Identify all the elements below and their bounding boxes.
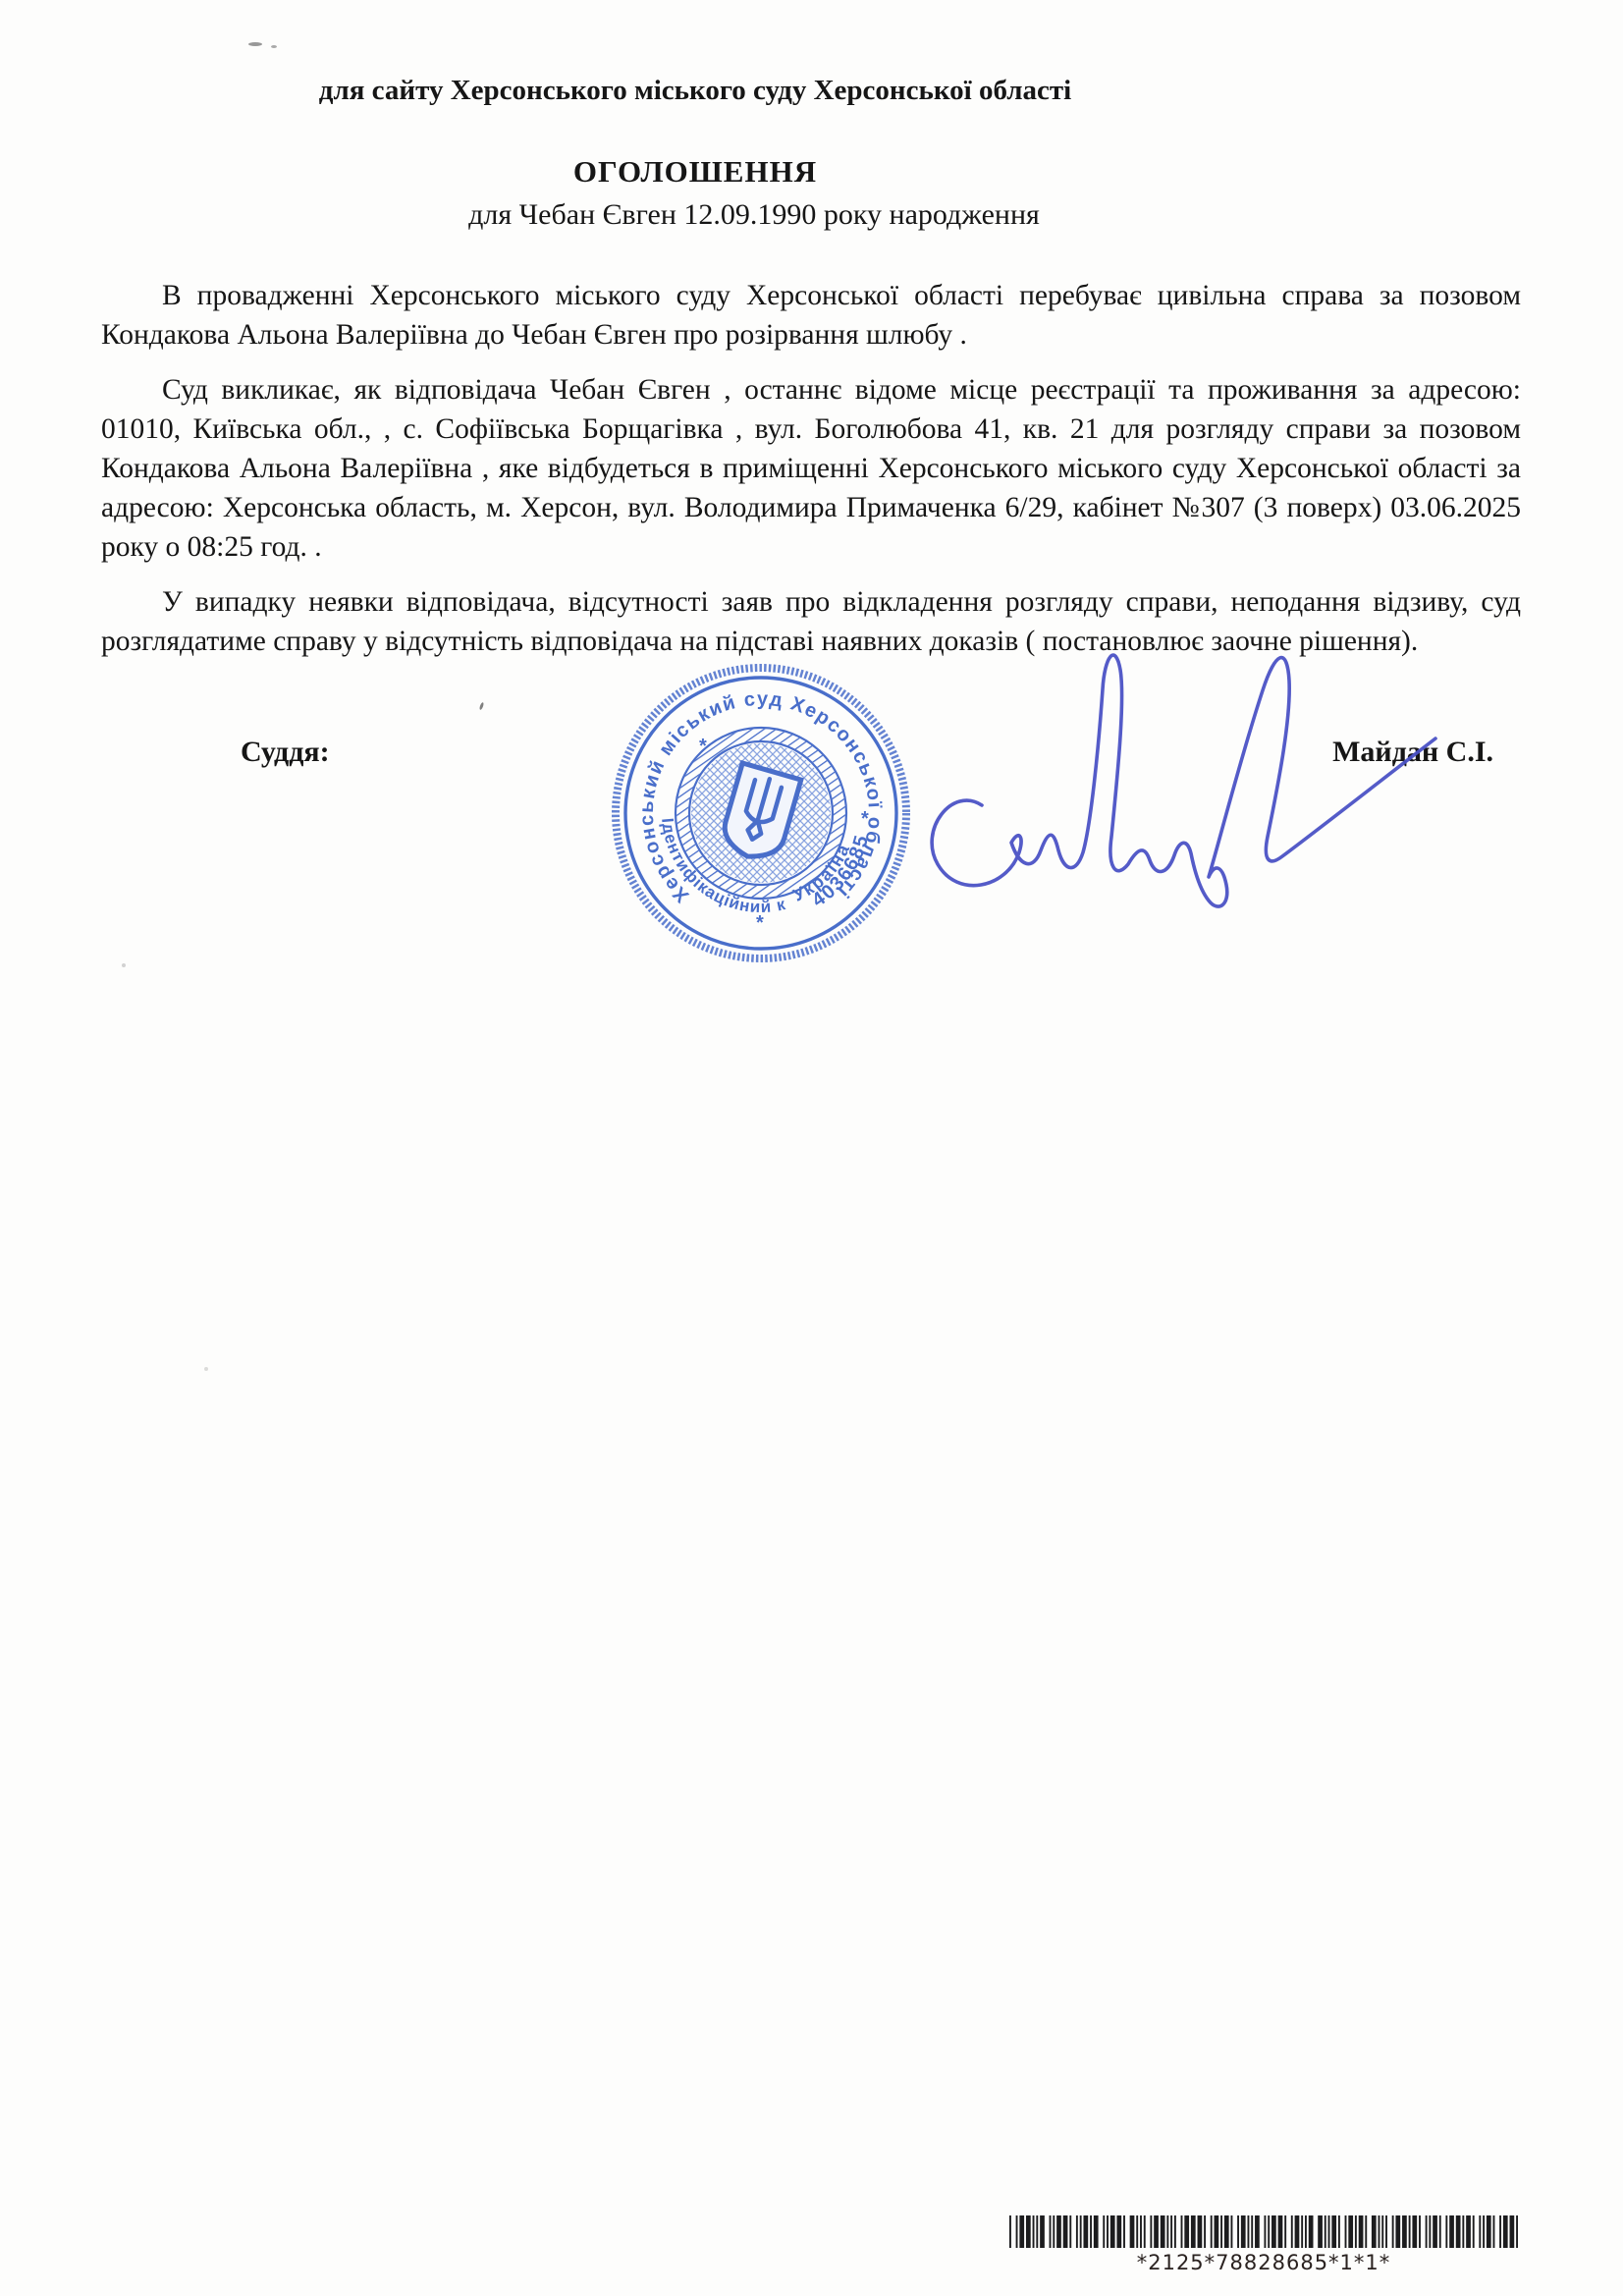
scan-speck [271, 45, 277, 48]
barcode-bar [1040, 2215, 1045, 2248]
barcode-bar [1150, 2215, 1152, 2248]
barcode-bar [1439, 2215, 1441, 2248]
barcode-bar [1181, 2215, 1183, 2248]
barcode-bar [1019, 2215, 1024, 2248]
barcode-bar [1328, 2215, 1330, 2248]
barcode-bar [1487, 2215, 1491, 2248]
barcode-bar [1402, 2215, 1407, 2248]
barcode-bar [1433, 2215, 1437, 2248]
paragraph-case-info: В провадженні Херсонського міського суду… [101, 276, 1521, 355]
barcode-bar [1466, 2215, 1471, 2248]
barcode-bar [1365, 2215, 1367, 2248]
barcode-bar [1503, 2215, 1508, 2248]
scanned-court-document: для сайту Херсонського міського суду Хер… [0, 0, 1623, 2296]
barcode-bar [1445, 2215, 1447, 2248]
barcode-bar [1130, 2215, 1135, 2248]
barcode-bar [1493, 2215, 1495, 2248]
barcode-bar [1392, 2215, 1394, 2248]
barcode-bar [1264, 2215, 1266, 2248]
barcode-bar [1036, 2215, 1038, 2248]
barcode-bar [1309, 2215, 1314, 2248]
barcode-bar [1355, 2215, 1357, 2248]
barcode-bar [1395, 2215, 1400, 2248]
barcode-bar [1140, 2215, 1142, 2248]
barcode-bar [1345, 2215, 1347, 2248]
barcode-bar [1479, 2215, 1481, 2248]
barcode-bar [1033, 2215, 1035, 2248]
barcode-bar [1348, 2215, 1353, 2248]
barcode-bar [1483, 2215, 1485, 2248]
barcode-bar [1123, 2215, 1125, 2248]
paragraph-summons: Суд викликає, як відповідача Чебан Євген… [101, 370, 1521, 567]
barcode-bar [1359, 2215, 1364, 2248]
barcode-bar [1385, 2215, 1387, 2248]
barcode-bar [1381, 2215, 1383, 2248]
barcode-bar [1241, 2215, 1246, 2248]
barcode-bar [1110, 2215, 1115, 2248]
barcode-bar [1291, 2215, 1293, 2248]
document-subtitle: для Чебан Євген 12.09.1990 року народжен… [101, 196, 1407, 234]
barcode-bar [1184, 2215, 1189, 2248]
page-title: ОГОЛОШЕННЯ [101, 153, 1289, 191]
barcode-bar [1144, 2215, 1146, 2248]
barcode-bar [1016, 2215, 1018, 2248]
barcode-bar [1331, 2215, 1336, 2248]
barcode-svg [1009, 2215, 1518, 2248]
scan-speck [479, 702, 485, 711]
barcode-bar [1166, 2215, 1168, 2248]
barcode-bar [1009, 2215, 1011, 2248]
barcode-bar [1510, 2215, 1515, 2248]
barcode-bar [1284, 2215, 1286, 2248]
barcode-bar [1268, 2215, 1270, 2248]
barcode-bar [1076, 2215, 1078, 2248]
barcode-bar [1338, 2215, 1340, 2248]
scan-speck [248, 42, 262, 46]
judge-label: Суддя: [241, 733, 330, 772]
barcode-bar [1499, 2215, 1501, 2248]
barcode-bar [1080, 2215, 1082, 2248]
barcode-bar [1426, 2215, 1428, 2248]
barcode-bar [1372, 2215, 1377, 2248]
barcode-bar [1026, 2215, 1031, 2248]
barcode-bar [1251, 2215, 1253, 2248]
barcode-bar [1278, 2215, 1283, 2248]
barcode-bar [1247, 2215, 1249, 2248]
document-header: для сайту Херсонського міського суду Хер… [101, 73, 1289, 108]
barcode-bar [1170, 2215, 1172, 2248]
barcode-text: *2125*78828685*1*1* [1009, 2251, 1518, 2274]
barcode-bar [1516, 2215, 1518, 2248]
barcode-bar [1412, 2215, 1417, 2248]
barcode-bar [1103, 2215, 1105, 2248]
barcode-bar [1215, 2215, 1219, 2248]
barcode-bar [1456, 2215, 1461, 2248]
barcode-bar [1204, 2215, 1206, 2248]
barcode-bar [1231, 2215, 1233, 2248]
barcode-bar [1090, 2215, 1092, 2248]
barcode-bar [1473, 2215, 1475, 2248]
scan-speck [204, 1367, 208, 1371]
court-seal-stamp: Херсонський міський суд Херсонської обла… [604, 656, 918, 970]
barcode-bar [1449, 2215, 1454, 2248]
document-body: В провадженні Херсонського міського суду… [101, 276, 1521, 677]
seal-star-separator-right: * [861, 808, 869, 830]
barcode-bar [1069, 2215, 1071, 2248]
barcode-bar [1050, 2215, 1052, 2248]
barcode-block: *2125*78828685*1*1* [1009, 2215, 1518, 2274]
barcode-bar [1409, 2215, 1411, 2248]
barcode-bar [1237, 2215, 1239, 2248]
seal-star-separator-bottom: * [756, 912, 764, 934]
barcode-bar [1191, 2215, 1196, 2248]
barcode-bar [1063, 2215, 1068, 2248]
barcode-bar [1325, 2215, 1326, 2248]
barcode-bar [1116, 2215, 1121, 2248]
seal-star-separator-top: * [699, 736, 707, 757]
barcode-bar [1136, 2215, 1138, 2248]
barcode-bar [1271, 2215, 1276, 2248]
barcode-bar [1295, 2215, 1300, 2248]
barcode-bar [1154, 2215, 1159, 2248]
barcode-bar [1318, 2215, 1323, 2248]
scan-speck [122, 963, 126, 967]
barcode-bar [1083, 2215, 1088, 2248]
barcode-bar [1220, 2215, 1222, 2248]
barcode-bar [1053, 2215, 1055, 2248]
judge-signature [913, 619, 1463, 943]
barcode-bar [1419, 2215, 1421, 2248]
barcode-bar [1462, 2215, 1464, 2248]
barcode-bar [1301, 2215, 1303, 2248]
barcode-bar [1429, 2215, 1431, 2248]
barcode-bar [1094, 2215, 1099, 2248]
barcode-bar [1255, 2215, 1260, 2248]
barcode-bar [1107, 2215, 1109, 2248]
barcode-bar [1198, 2215, 1203, 2248]
barcode-bar [1161, 2215, 1165, 2248]
barcode-bar [1174, 2215, 1176, 2248]
barcode-bar [1211, 2215, 1213, 2248]
barcode-bar [1224, 2215, 1229, 2248]
barcode-bar [1305, 2215, 1307, 2248]
barcode-bar [1056, 2215, 1061, 2248]
signature-stroke [932, 655, 1435, 906]
barcode-bar [1379, 2215, 1380, 2248]
